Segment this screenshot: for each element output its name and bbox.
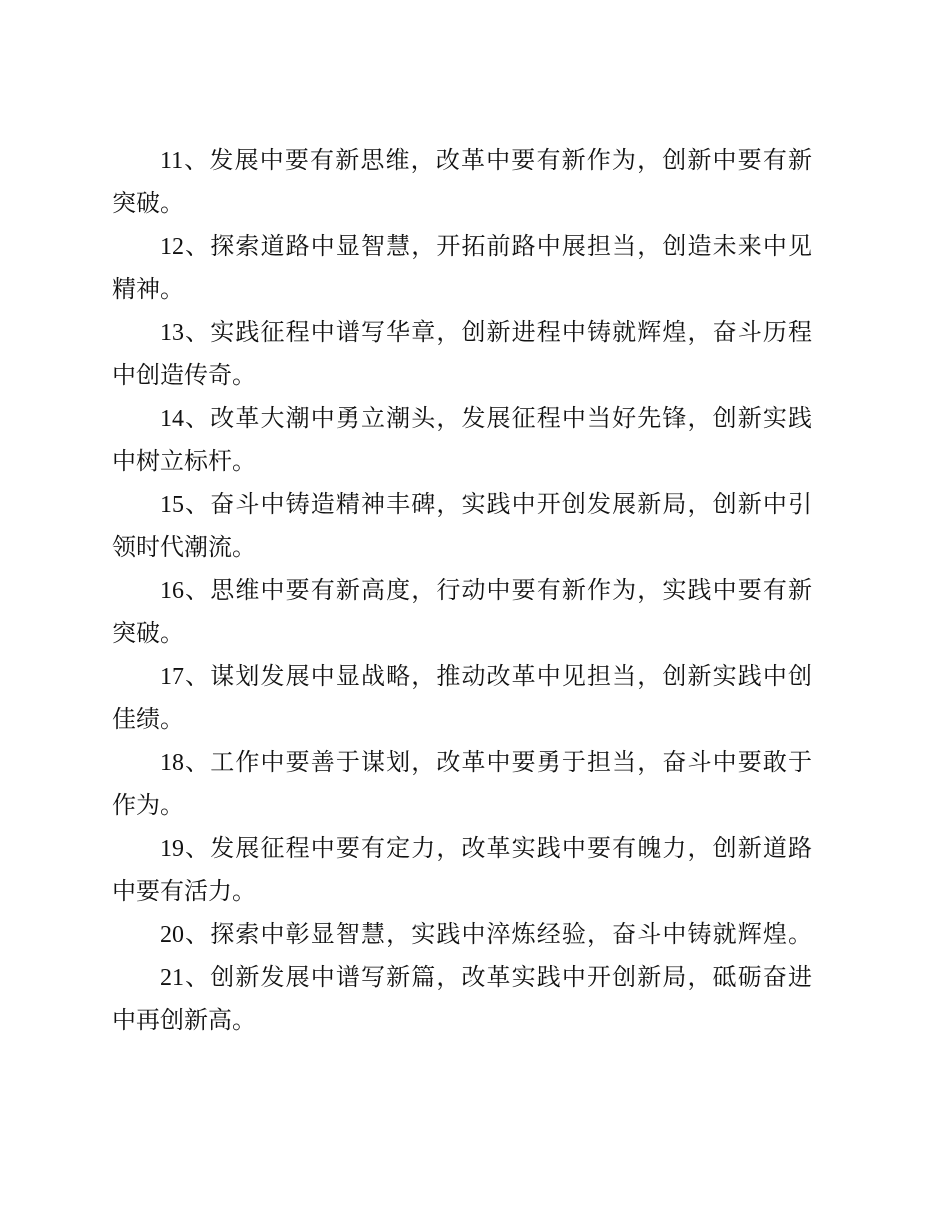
paragraph-continuation-line: 佳绩。: [112, 699, 812, 742]
paragraph-item-11: 11、发展中要有新思维，改革中要有新作为，创新中要有新突破。: [112, 140, 812, 226]
document-body: 11、发展中要有新思维，改革中要有新作为，创新中要有新突破。12、探索道路中显智…: [112, 140, 812, 1043]
paragraph-item-21: 21、创新发展中谱写新篇，改革实践中开创新局，砥砺奋进中再创新高。: [112, 957, 812, 1043]
paragraph-item-16: 16、思维中要有新高度，行动中要有新作为，实践中要有新突破。: [112, 570, 812, 656]
paragraph-first-line: 17、谋划发展中显战略，推动改革中见担当，创新实践中创: [112, 656, 812, 699]
paragraph-first-line: 15、奋斗中铸造精神丰碑，实践中开创发展新局，创新中引: [112, 484, 812, 527]
paragraph-continuation-line: 突破。: [112, 613, 812, 656]
document-page: 11、发展中要有新思维，改革中要有新作为，创新中要有新突破。12、探索道路中显智…: [0, 0, 950, 1230]
paragraph-first-line: 21、创新发展中谱写新篇，改革实践中开创新局，砥砺奋进: [112, 957, 812, 1000]
paragraph-item-20: 20、探索中彰显智慧，实践中淬炼经验，奋斗中铸就辉煌。: [112, 914, 812, 957]
paragraph-continuation-line: 中树立标杆。: [112, 441, 812, 484]
paragraph-continuation-line: 中再创新高。: [112, 1000, 812, 1043]
paragraph-first-line: 16、思维中要有新高度，行动中要有新作为，实践中要有新: [112, 570, 812, 613]
paragraph-item-14: 14、改革大潮中勇立潮头，发展征程中当好先锋，创新实践中树立标杆。: [112, 398, 812, 484]
paragraph-continuation-line: 领时代潮流。: [112, 527, 812, 570]
paragraph-continuation-line: 作为。: [112, 785, 812, 828]
paragraph-continuation-line: 精神。: [112, 269, 812, 312]
paragraph-item-15: 15、奋斗中铸造精神丰碑，实践中开创发展新局，创新中引领时代潮流。: [112, 484, 812, 570]
paragraph-item-18: 18、工作中要善于谋划，改革中要勇于担当，奋斗中要敢于作为。: [112, 742, 812, 828]
paragraph-continuation-line: 中要有活力。: [112, 871, 812, 914]
paragraph-continuation-line: 突破。: [112, 183, 812, 226]
paragraph-item-19: 19、发展征程中要有定力，改革实践中要有魄力，创新道路中要有活力。: [112, 828, 812, 914]
paragraph-item-17: 17、谋划发展中显战略，推动改革中见担当，创新实践中创佳绩。: [112, 656, 812, 742]
paragraph-first-line: 20、探索中彰显智慧，实践中淬炼经验，奋斗中铸就辉煌。: [112, 914, 812, 957]
paragraph-first-line: 14、改革大潮中勇立潮头，发展征程中当好先锋，创新实践: [112, 398, 812, 441]
paragraph-first-line: 13、实践征程中谱写华章，创新进程中铸就辉煌，奋斗历程: [112, 312, 812, 355]
paragraph-item-12: 12、探索道路中显智慧，开拓前路中展担当，创造未来中见精神。: [112, 226, 812, 312]
paragraph-first-line: 12、探索道路中显智慧，开拓前路中展担当，创造未来中见: [112, 226, 812, 269]
paragraph-continuation-line: 中创造传奇。: [112, 355, 812, 398]
paragraph-first-line: 18、工作中要善于谋划，改革中要勇于担当，奋斗中要敢于: [112, 742, 812, 785]
paragraph-first-line: 11、发展中要有新思维，改革中要有新作为，创新中要有新: [112, 140, 812, 183]
paragraph-first-line: 19、发展征程中要有定力，改革实践中要有魄力，创新道路: [112, 828, 812, 871]
paragraph-item-13: 13、实践征程中谱写华章，创新进程中铸就辉煌，奋斗历程中创造传奇。: [112, 312, 812, 398]
